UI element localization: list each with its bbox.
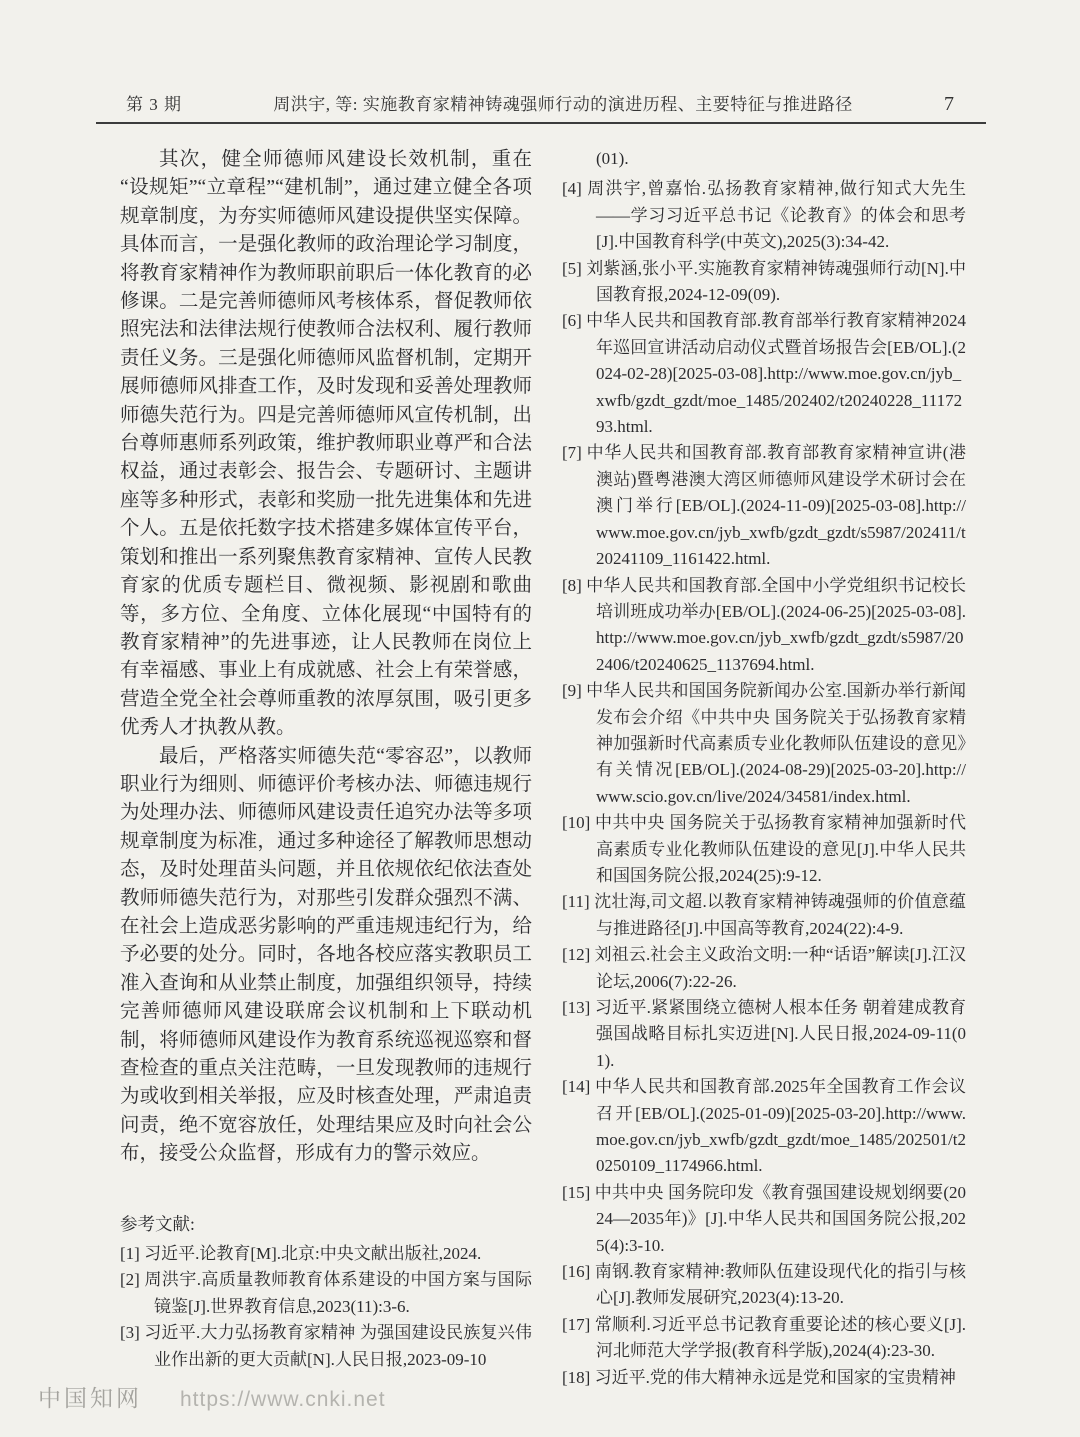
reference-item: [15] 中共中央 国务院印发《教育强国建设规划纲要(2024—2035年)》[… — [562, 1180, 966, 1259]
reference-number: [14] — [562, 1077, 590, 1096]
reference-item: [18] 习近平.党的伟大精神永远是党和国家的宝贵精神 — [562, 1365, 966, 1391]
reference-text: 常顺利.习近平总书记教育重要论述的核心要义[J].河北师范大学学报(教育科学版)… — [595, 1315, 966, 1360]
two-column-body: 其次，健全师德师风建设长效机制，重在“设规矩”“立章程”“建机制”，通过建立健全… — [120, 146, 966, 1391]
reference-item: [12] 刘祖云.社会主义政治文明:一种“话语”解读[J].江汉论坛,2006(… — [562, 942, 966, 995]
reference-number: [18] — [562, 1368, 590, 1387]
reference-number: [13] — [562, 998, 590, 1017]
reference-number: [6] — [562, 311, 582, 330]
reference-item: [8] 中华人民共和国教育部.全国中小学党组织书记校长培训班成功举办[EB/OL… — [562, 573, 966, 679]
reference-item: [16] 南钢.教育家精神:教师队伍建设现代化的指引与核心[J].教师发展研究,… — [562, 1259, 966, 1312]
reference-text: 习近平.紧紧围绕立德树人根本任务 朝着建成教育强国战略目标扎实迈进[N].人民日… — [595, 998, 966, 1070]
reference-text: 中华人民共和国教育部.全国中小学党组织书记校长培训班成功举办[EB/OL].(2… — [586, 576, 966, 674]
reference-item: [3] 习近平.大力弘扬教育家精神 为强国建设民族复兴伟业作出新的更大贡献[N]… — [120, 1320, 532, 1373]
cnki-watermark-text: 中国知网 — [38, 1380, 142, 1413]
reference-number: [1] — [120, 1244, 140, 1263]
reference-text: 习近平.论教育[M].北京:中央文献出版社,2024. — [144, 1244, 481, 1263]
reference-number: [7] — [562, 443, 582, 462]
right-column: (01). [4] 周洪宇,曾嘉怡.弘扬教育家精神,做行知式大先生——学习习近平… — [562, 146, 966, 1391]
body-paragraph: 最后，严格落实师德失范“零容忍”，以教师职业行为细则、师德评价考核办法、师德违规… — [120, 743, 532, 1169]
reference-item: [13] 习近平.紧紧围绕立德树人根本任务 朝着建成教育强国战略目标扎实迈进[N… — [562, 995, 966, 1074]
reference-number: [11] — [562, 892, 590, 911]
issue-number: 第 3 期 — [126, 90, 182, 115]
page-header: 第 3 期 周洪宇, 等: 实施教育家精神铸魂强师行动的演进历程、主要特征与推进… — [126, 90, 954, 116]
reference-item: [17] 常顺利.习近平总书记教育重要论述的核心要义[J].河北师范大学学报(教… — [562, 1312, 966, 1365]
reference-number: [2] — [120, 1270, 140, 1289]
reference-text: 中华人民共和国国务院新闻办公室.国新办举行新闻发布会介绍《中共中央 国务院关于弘… — [586, 681, 966, 806]
reference-text: 习近平.大力弘扬教育家精神 为强国建设民族复兴伟业作出新的更大贡献[N].人民日… — [144, 1323, 532, 1368]
reference-number: [8] — [562, 576, 582, 595]
reference-item: [7] 中华人民共和国教育部.教育部教育家精神宣讲(港澳站)暨粤港澳大湾区师德师… — [562, 440, 966, 572]
reference-item: [14] 中华人民共和国教育部.2025年全国教育工作会议召开[EB/OL].(… — [562, 1074, 966, 1180]
references-heading: 参考文献: — [120, 1211, 532, 1237]
reference-item: [11] 沈壮海,司文超.以教育家精神铸魂强师的价值意蕴与推进路径[J].中国高… — [562, 889, 966, 942]
reference-number: [16] — [562, 1262, 590, 1281]
reference-text: 习近平.党的伟大精神永远是党和国家的宝贵精神 — [595, 1368, 956, 1387]
reference-number: [5] — [562, 259, 582, 278]
reference-text: 刘紫涵,张小平.实施教育家精神铸魂强师行动[N].中国教育报,2024-12-0… — [586, 259, 966, 304]
reference-number: [17] — [562, 1315, 590, 1334]
reference-text: 沈壮海,司文超.以教育家精神铸魂强师的价值意蕴与推进路径[J].中国高等教育,2… — [594, 892, 966, 937]
reference-item: [10] 中共中央 国务院关于弘扬教育家精神加强新时代高素质专业化教师队伍建设的… — [562, 810, 966, 889]
reference-number: [4] — [562, 179, 582, 198]
reference-item: [4] 周洪宇,曾嘉怡.弘扬教育家精神,做行知式大先生——学习习近平总书记《论教… — [562, 176, 966, 255]
reference-text: 中共中央 国务院关于弘扬教育家精神加强新时代高素质专业化教师队伍建设的意见[J]… — [595, 813, 966, 885]
reference-number: [9] — [562, 681, 582, 700]
header-divider — [96, 122, 986, 124]
reference-item: [5] 刘紫涵,张小平.实施教育家精神铸魂强师行动[N].中国教育报,2024-… — [562, 256, 966, 309]
reference-item: [2] 周洪宇.高质量教师教育体系建设的中国方案与国际镜鉴[J].世界教育信息,… — [120, 1267, 532, 1320]
reference-text: 刘祖云.社会主义政治文明:一种“话语”解读[J].江汉论坛,2006(7):22… — [595, 945, 966, 990]
reference-text: 中共中央 国务院印发《教育强国建设规划纲要(2024—2035年)》[J].中华… — [595, 1183, 966, 1255]
reference-text: 中华人民共和国教育部.教育部教育家精神宣讲(港澳站)暨粤港澳大湾区师德师风建设学… — [587, 443, 966, 568]
body-paragraph: 其次，健全师德师风建设长效机制，重在“设规矩”“立章程”“建机制”，通过建立健全… — [120, 146, 532, 743]
reference-text: 中华人民共和国教育部.2025年全国教育工作会议召开[EB/OL].(2025-… — [595, 1077, 966, 1175]
cnki-watermark-url: https://www.cnki.net — [180, 1388, 386, 1412]
running-title: 周洪宇, 等: 实施教育家精神铸魂强师行动的演进历程、主要特征与推进路径 — [182, 90, 944, 115]
journal-page: 第 3 期 周洪宇, 等: 实施教育家精神铸魂强师行动的演进历程、主要特征与推进… — [0, 0, 1080, 1437]
reference-item: [6] 中华人民共和国教育部.教育部举行教育家精神2024年巡回宣讲活动启动仪式… — [562, 308, 966, 440]
page-number: 7 — [944, 93, 954, 116]
reference-text: 南钢.教育家精神:教师队伍建设现代化的指引与核心[J].教师发展研究,2023(… — [595, 1262, 966, 1307]
reference-text: 周洪宇.高质量教师教育体系建设的中国方案与国际镜鉴[J].世界教育信息,2023… — [145, 1270, 533, 1315]
reference-number: [12] — [562, 945, 590, 964]
watermark-footer: 中国知网 https://www.cnki.net — [38, 1380, 386, 1413]
reference-number: [3] — [120, 1323, 140, 1342]
reference-number: [10] — [562, 813, 590, 832]
reference-item: [1] 习近平.论教育[M].北京:中央文献出版社,2024. — [120, 1241, 532, 1267]
reference-number: [15] — [562, 1183, 590, 1202]
left-column: 其次，健全师德师风建设长效机制，重在“设规矩”“立章程”“建机制”，通过建立健全… — [120, 146, 532, 1391]
reference-continuation: (01). — [562, 146, 966, 172]
references-list-right: [4] 周洪宇,曾嘉怡.弘扬教育家精神,做行知式大先生——学习习近平总书记《论教… — [562, 176, 966, 1391]
references-list-left: [1] 习近平.论教育[M].北京:中央文献出版社,2024. [2] 周洪宇.… — [120, 1241, 532, 1373]
body-paragraphs: 其次，健全师德师风建设长效机制，重在“设规矩”“立章程”“建机制”，通过建立健全… — [120, 146, 532, 1169]
reference-text: 中华人民共和国教育部.教育部举行教育家精神2024年巡回宣讲活动启动仪式暨首场报… — [586, 311, 966, 436]
reference-item: [9] 中华人民共和国国务院新闻办公室.国新办举行新闻发布会介绍《中共中央 国务… — [562, 678, 966, 810]
reference-text: 周洪宇,曾嘉怡.弘扬教育家精神,做行知式大先生——学习习近平总书记《论教育》的体… — [587, 179, 966, 251]
